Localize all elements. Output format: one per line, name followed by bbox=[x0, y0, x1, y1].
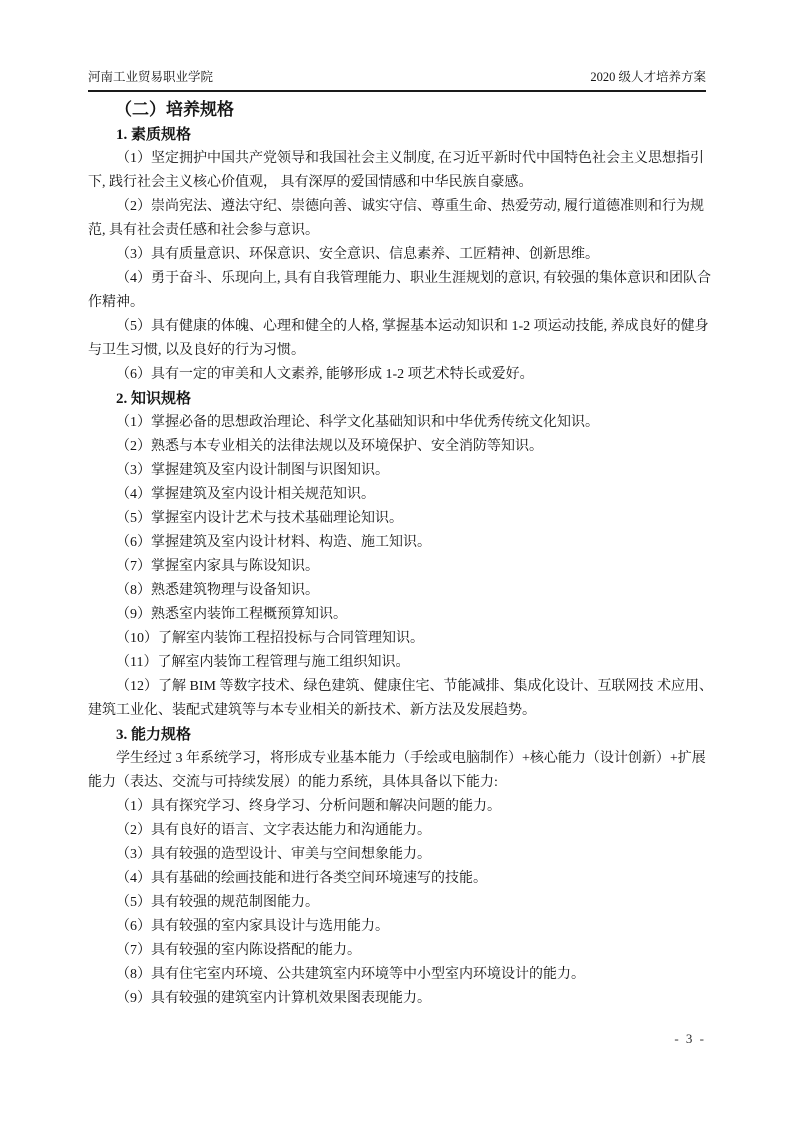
paragraph-line: （1）掌握必备的思想政治理论、科学文化基础知识和中华优秀传统文化知识。 bbox=[88, 411, 706, 435]
paragraph-line: （9）具有较强的建筑室内计算机效果图表现能力。 bbox=[88, 987, 706, 1011]
paragraph-line: （6）具有一定的审美和人文素养, 能够形成 1-2 项艺术特长或爱好。 bbox=[88, 363, 706, 387]
page-header: 河南工业贸易职业学院 2020 级人才培养方案 bbox=[88, 68, 706, 86]
paragraph-line: 学生经过 3 年系统学习，将形成专业基本能力（手绘或电脑制作）+核心能力（设计创… bbox=[88, 747, 706, 771]
paragraph-line: （3）具有较强的造型设计、审美与空间想象能力。 bbox=[88, 843, 706, 867]
paragraph-line: （4）勇于奋斗、乐现向上, 具有自我管理能力、职业生涯规划的意识, 有较强的集体… bbox=[88, 267, 706, 291]
paragraph-line: （7）具有较强的室内陈设搭配的能力。 bbox=[88, 939, 706, 963]
paragraph-line: （5）具有较强的规范制图能力。 bbox=[88, 891, 706, 915]
paragraph-line: （1）具有探究学习、终身学习、分析问题和解决问题的能力。 bbox=[88, 795, 706, 819]
paragraph-line: 建筑工业化、装配式建筑等与本专业相关的新技术、新方法及发展趋势。 bbox=[88, 699, 706, 723]
document-page: 河南工业贸易职业学院 2020 级人才培养方案 （二）培养规格 1. 素质规格（… bbox=[0, 0, 793, 1122]
paragraph-line: 范, 具有社会责任感和社会参与意识。 bbox=[88, 219, 706, 243]
section-title: （二）培养规格 bbox=[88, 97, 706, 123]
subsection-heading: 2. 知识规格 bbox=[88, 387, 706, 411]
paragraph-line: （9）熟悉室内装饰工程概预算知识。 bbox=[88, 603, 706, 627]
paragraph-line: （8）熟悉建筑物理与设备知识。 bbox=[88, 579, 706, 603]
document-content: （二）培养规格 1. 素质规格（1）坚定拥护中国共产党领导和我国社会主义制度, … bbox=[88, 97, 706, 1011]
paragraph-line: （2）熟悉与本专业相关的法律法规以及环境保护、安全消防等知识。 bbox=[88, 435, 706, 459]
paragraph-line: （7）掌握室内家具与陈设知识。 bbox=[88, 555, 706, 579]
paragraph-line: （5）具有健康的体魄、心理和健全的人格, 掌握基本运动知识和 1-2 项运动技能… bbox=[88, 315, 706, 339]
header-plan-title: 2020 级人才培养方案 bbox=[590, 68, 706, 86]
paragraph-line: （3）掌握建筑及室内设计制图与识图知识。 bbox=[88, 459, 706, 483]
subsection-heading: 1. 素质规格 bbox=[88, 123, 706, 147]
paragraph-line: （4）具有基础的绘画技能和进行各类空间环境速写的技能。 bbox=[88, 867, 706, 891]
paragraph-line: （6）掌握建筑及室内设计材料、构造、施工知识。 bbox=[88, 531, 706, 555]
paragraph-line: （11）了解室内装饰工程管理与施工组织知识。 bbox=[88, 651, 706, 675]
header-rule bbox=[88, 90, 706, 92]
paragraph-line: （4）掌握建筑及室内设计相关规范知识。 bbox=[88, 483, 706, 507]
paragraph-line: 下, 践行社会主义核心价值观， 具有深厚的爱国情感和中华民族自豪感。 bbox=[88, 171, 706, 195]
paragraph-line: （6）具有较强的室内家具设计与选用能力。 bbox=[88, 915, 706, 939]
page-number: - 3 - bbox=[88, 1031, 706, 1047]
paragraph-line: 能力（表达、交流与可持续发展）的能力系统，具体具备以下能力: bbox=[88, 771, 706, 795]
paragraph-line: （3）具有质量意识、环保意识、安全意识、信息素养、工匠精神、创新思维。 bbox=[88, 243, 706, 267]
paragraph-line: 与卫生习惯, 以及良好的行为习惯。 bbox=[88, 339, 706, 363]
paragraph-line: （12）了解 BIM 等数字技术、绿色建筑、健康住宅、节能减排、集成化设计、互联… bbox=[88, 675, 706, 699]
paragraph-line: （2）崇尚宪法、遵法守纪、崇德向善、诚实守信、尊重生命、热爱劳动, 履行道德准则… bbox=[88, 195, 706, 219]
section-list: 1. 素质规格（1）坚定拥护中国共产党领导和我国社会主义制度, 在习近平新时代中… bbox=[88, 123, 706, 1011]
subsection-heading: 3. 能力规格 bbox=[88, 723, 706, 747]
paragraph-line: （8）具有住宅室内环境、公共建筑室内环境等中小型室内环境设计的能力。 bbox=[88, 963, 706, 987]
paragraph-line: （2）具有良好的语言、文字表达能力和沟通能力。 bbox=[88, 819, 706, 843]
header-school-name: 河南工业贸易职业学院 bbox=[88, 68, 213, 86]
paragraph-line: （5）掌握室内设计艺术与技术基础理论知识。 bbox=[88, 507, 706, 531]
paragraph-line: 作精神。 bbox=[88, 291, 706, 315]
paragraph-line: （10）了解室内装饰工程招投标与合同管理知识。 bbox=[88, 627, 706, 651]
paragraph-line: （1）坚定拥护中国共产党领导和我国社会主义制度, 在习近平新时代中国特色社会主义… bbox=[88, 147, 706, 171]
